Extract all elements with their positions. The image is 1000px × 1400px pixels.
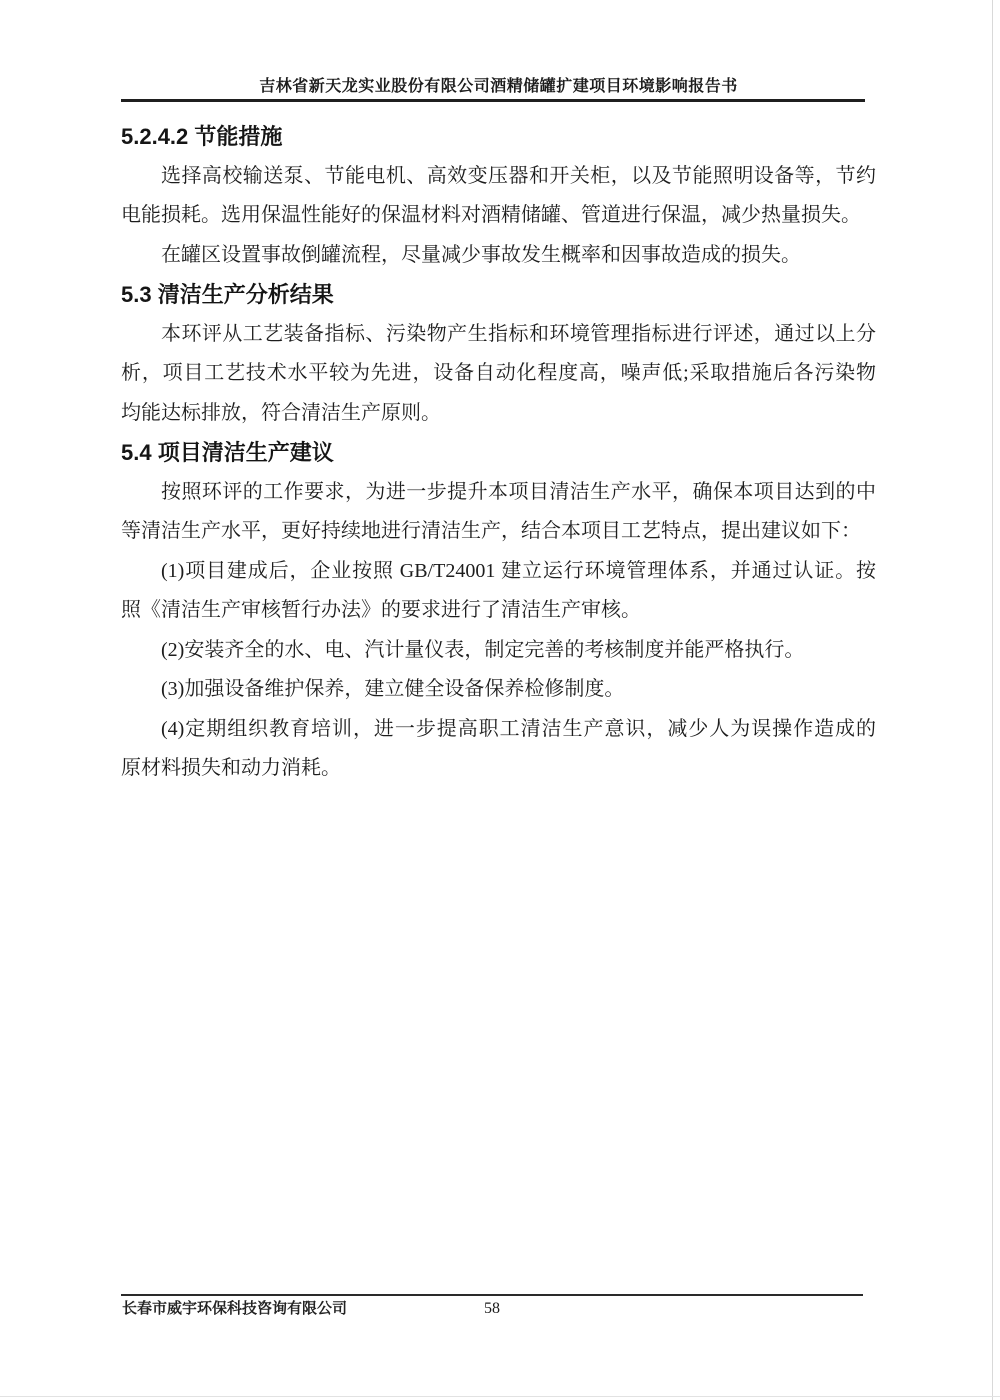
paragraph: 按照环评的工作要求，为进一步提升本项目清洁生产水平，确保本项目达到的中等清洁生产…: [121, 473, 876, 552]
paragraph-line: 照《清洁生产审核暂行办法》的要求进行了清洁生产审核。: [121, 591, 876, 631]
paragraph: (4)定期组织教育培训，进一步提高职工清洁生产意识，减少人为误操作造成的原材料损…: [121, 710, 876, 789]
paragraph-line: (4)定期组织教育培训，进一步提高职工清洁生产意识，减少人为误操作造成的: [121, 710, 876, 750]
page-number: 58: [484, 1299, 500, 1319]
section-heading: 5.3 清洁生产分析结果: [121, 275, 876, 315]
paragraph-line: (3)加强设备维护保养，建立健全设备保养检修制度。: [121, 670, 876, 710]
paragraph-line: 在罐区设置事故倒罐流程，尽量减少事故发生概率和因事故造成的损失。: [121, 236, 876, 276]
paragraph-line: 本环评从工艺装备指标、污染物产生指标和环境管理指标进行评述，通过以上分: [121, 315, 876, 355]
paragraph-line: 析，项目工艺技术水平较为先进，设备自动化程度高，噪声低;采取措施后各污染物: [121, 354, 876, 394]
paragraph: (1)项目建成后，企业按照 GB/T24001 建立运行环境管理体系，并通过认证…: [121, 552, 876, 631]
paragraph-line: 等清洁生产水平，更好持续地进行清洁生产，结合本项目工艺特点，提出建议如下：: [121, 512, 876, 552]
paragraph: (2)安装齐全的水、电、汽计量仪表，制定完善的考核制度并能严格执行。: [121, 631, 876, 671]
footer-company-name: 长春市威宇环保科技咨询有限公司: [122, 1299, 347, 1319]
header-rule: [121, 99, 865, 102]
footer-rule: [121, 1294, 863, 1296]
paragraph-line: 均能达标排放，符合清洁生产原则。: [121, 394, 876, 434]
paragraph-line: (2)安装齐全的水、电、汽计量仪表，制定完善的考核制度并能严格执行。: [121, 631, 876, 671]
page-header-title: 吉林省新天龙实业股份有限公司酒精储罐扩建项目环境影响报告书: [121, 78, 876, 96]
scan-edge-right: [992, 0, 993, 1400]
paragraph-line: 按照环评的工作要求，为进一步提升本项目清洁生产水平，确保本项目达到的中: [121, 473, 876, 513]
page-footer: 长春市威宇环保科技咨询有限公司 58: [121, 1299, 863, 1319]
paragraph: (3)加强设备维护保养，建立健全设备保养检修制度。: [121, 670, 876, 710]
paragraph: 在罐区设置事故倒罐流程，尽量减少事故发生概率和因事故造成的损失。: [121, 236, 876, 276]
section-heading: 5.2.4.2 节能措施: [121, 117, 876, 157]
paragraph-line: (1)项目建成后，企业按照 GB/T24001 建立运行环境管理体系，并通过认证…: [121, 552, 876, 592]
section-heading: 5.4 项目清洁生产建议: [121, 433, 876, 473]
paragraph-line: 原材料损失和动力消耗。: [121, 749, 876, 789]
paragraph: 本环评从工艺装备指标、污染物产生指标和环境管理指标进行评述，通过以上分析，项目工…: [121, 315, 876, 434]
scan-edge-bottom: [0, 1396, 1000, 1397]
paragraph-line: 选择高校输送泵、节能电机、高效变压器和开关柜，以及节能照明设备等，节约: [121, 157, 876, 197]
document-blocks: 5.2.4.2 节能措施选择高校输送泵、节能电机、高效变压器和开关柜，以及节能照…: [121, 117, 876, 789]
report-page: { "header": { "title": "吉林省新天龙实业股份有限公司酒精…: [0, 0, 1000, 1400]
paragraph: 选择高校输送泵、节能电机、高效变压器和开关柜，以及节能照明设备等，节约电能损耗。…: [121, 157, 876, 236]
paragraph-line: 电能损耗。选用保温性能好的保温材料对酒精储罐、管道进行保温，减少热量损失。: [121, 196, 876, 236]
